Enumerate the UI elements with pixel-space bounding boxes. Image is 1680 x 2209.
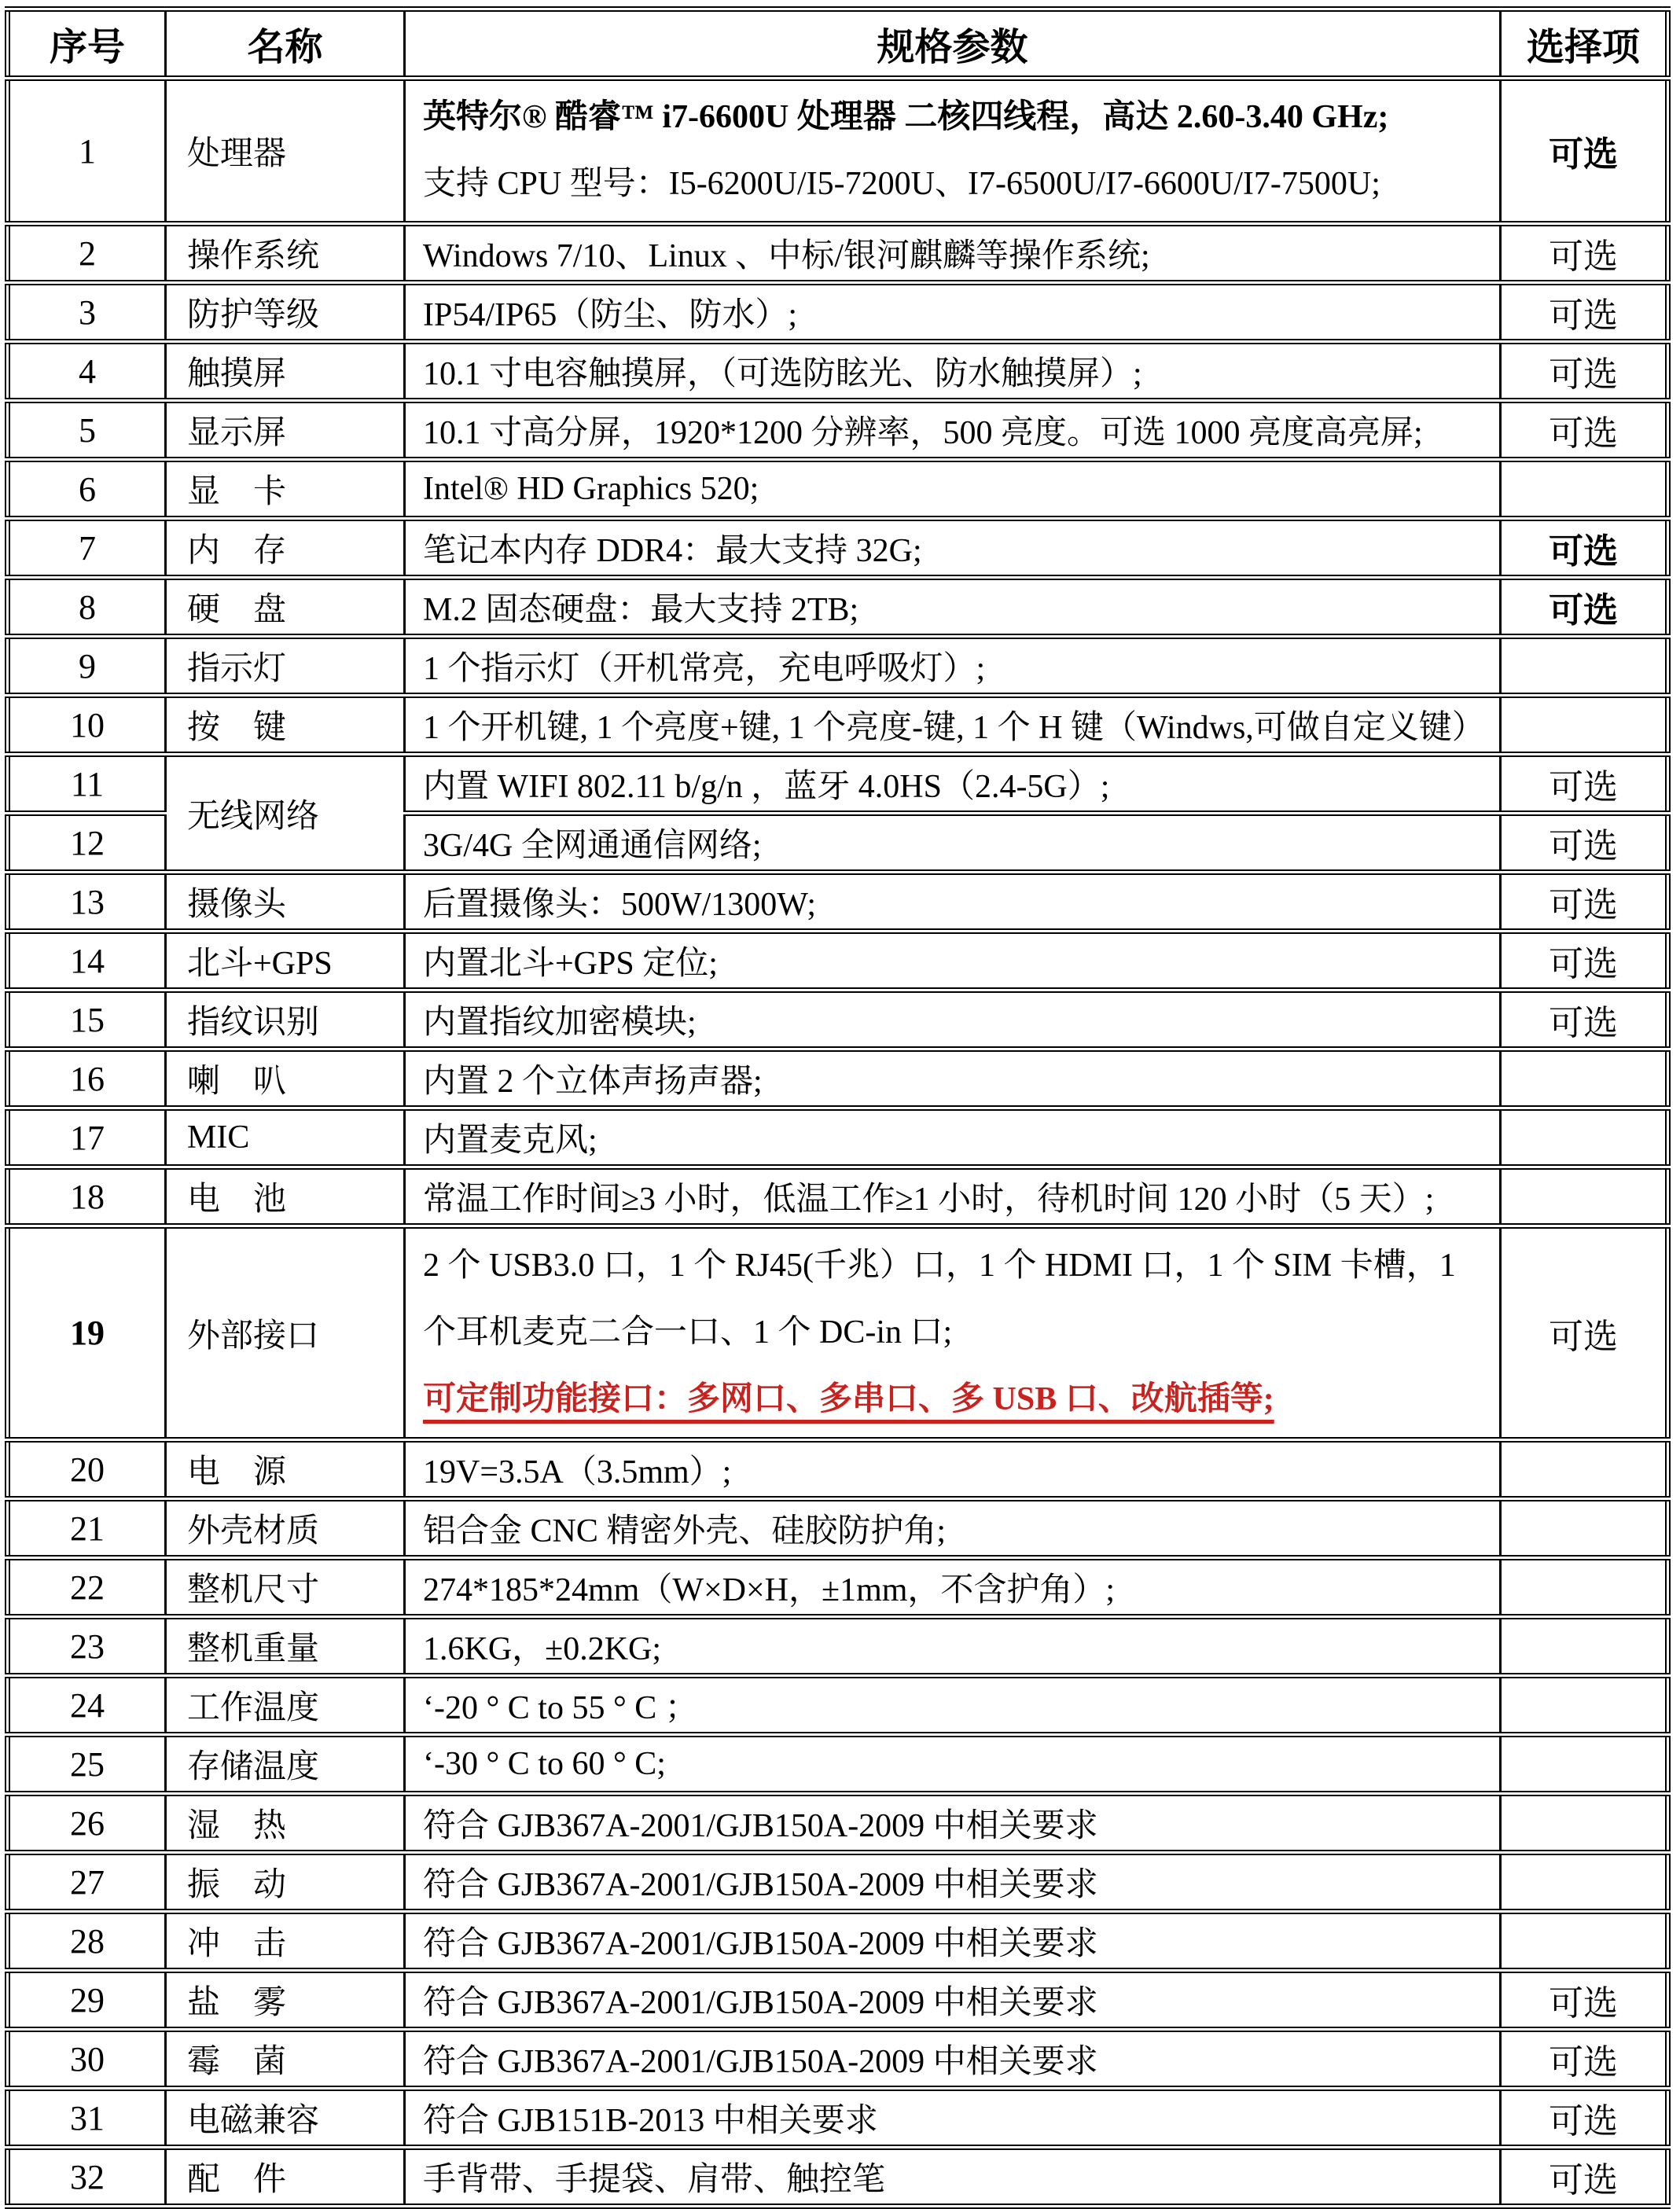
table-row: 2 操作系统 Windows 7/10、Linux 、中标/银河麒麟等操作系统;… xyxy=(8,224,1668,283)
row-spec: 后置摄像头：500W/1300W; xyxy=(405,873,1501,932)
row-name: 外壳材质 xyxy=(166,1499,405,1558)
spec-line: 支持 CPU 型号：I5-6200U/I5-7200U、I7-6500U/I7-… xyxy=(423,151,1491,218)
row-spec: 2 个 USB3.0 口，1 个 RJ45(千兆）口，1 个 HDMI 口，1 … xyxy=(405,1226,1501,1440)
row-option: 可选 xyxy=(1501,79,1668,224)
row-spec: Windows 7/10、Linux 、中标/银河麒麟等操作系统; xyxy=(405,224,1501,283)
row-option xyxy=(1501,1499,1668,1558)
row-spec: 1.6KG，±0.2KG; xyxy=(405,1617,1501,1676)
row-name: 操作系统 xyxy=(166,224,405,283)
table-row: 26 湿 热 符合 GJB367A-2001/GJB150A-2009 中相关要… xyxy=(8,1794,1668,1853)
spec-line: 符合 GJB151B-2013 中相关要求 xyxy=(423,2094,1491,2141)
row-spec: 符合 GJB151B-2013 中相关要求 xyxy=(405,2089,1501,2148)
row-spec: 手背带、手提袋、肩带、触控笔 xyxy=(405,2148,1501,2207)
row-number: 14 xyxy=(8,932,166,991)
table-row: 9 指示灯 1 个指示灯（开机常亮，充电呼吸灯）; xyxy=(8,637,1668,696)
table-row: 16 喇 叭 内置 2 个立体声扬声器; xyxy=(8,1049,1668,1108)
col-header-spec: 规格参数 xyxy=(405,9,1501,79)
row-spec: ‘-30 ° C to 60 ° C; xyxy=(405,1735,1501,1794)
row-number: 16 xyxy=(8,1049,166,1108)
row-option: 可选 xyxy=(1501,2030,1668,2089)
row-number: 4 xyxy=(8,342,166,401)
row-name: 电 源 xyxy=(166,1440,405,1499)
row-number: 15 xyxy=(8,991,166,1049)
spec-line: 符合 GJB367A-2001/GJB150A-2009 中相关要求 xyxy=(423,1976,1491,2023)
table-row: 29 盐 雾 符合 GJB367A-2001/GJB150A-2009 中相关要… xyxy=(8,1971,1668,2030)
row-name: MIC xyxy=(166,1108,405,1167)
header-row: 序号 名称 规格参数 选择项 xyxy=(8,9,1668,79)
row-name: 显 卡 xyxy=(166,460,405,519)
spec-line: 内置指纹加密模块; xyxy=(423,996,1491,1043)
row-name: 处理器 xyxy=(166,79,405,224)
row-number: 11 xyxy=(8,755,166,814)
row-spec: 符合 GJB367A-2001/GJB150A-2009 中相关要求 xyxy=(405,1853,1501,1912)
row-name: 振 动 xyxy=(166,1853,405,1912)
row-spec: 内置指纹加密模块; xyxy=(405,991,1501,1049)
row-number: 27 xyxy=(8,1853,166,1912)
spec-table: 序号 名称 规格参数 选择项 1 处理器 英特尔® 酷睿™ i7-6600U 处… xyxy=(5,6,1671,2209)
col-header-option: 选择项 xyxy=(1501,9,1668,79)
row-option: 可选 xyxy=(1501,519,1668,578)
row-option: 可选 xyxy=(1501,755,1668,814)
row-spec: 274*185*24mm（W×D×H，±1mm，不含护角）; xyxy=(405,1558,1501,1617)
table-row: 13 摄像头 后置摄像头：500W/1300W; 可选 xyxy=(8,873,1668,932)
row-option: 可选 xyxy=(1501,1226,1668,1440)
table-row: 5 显示屏 10.1 寸高分屏，1920*1200 分辨率，500 亮度。可选 … xyxy=(8,401,1668,460)
spec-line: 英特尔® 酷睿™ i7-6600U 处理器 二核四线程，高达 2.60-3.40… xyxy=(423,84,1491,151)
row-number: 1 xyxy=(8,79,166,224)
spec-line: Windows 7/10、Linux 、中标/银河麒麟等操作系统; xyxy=(423,230,1491,277)
spec-line: 符合 GJB367A-2001/GJB150A-2009 中相关要求 xyxy=(423,1917,1491,1965)
table-row: 15 指纹识别 内置指纹加密模块; 可选 xyxy=(8,991,1668,1049)
spec-line: 3G/4G 全网通通信网络; xyxy=(423,819,1491,866)
table-row: 3 防护等级 IP54/IP65（防尘、防水）; 可选 xyxy=(8,283,1668,342)
row-spec: 铝合金 CNC 精密外壳、硅胶防护角; xyxy=(405,1499,1501,1558)
row-option xyxy=(1501,1617,1668,1676)
row-spec: 3G/4G 全网通通信网络; xyxy=(405,814,1501,873)
row-number: 22 xyxy=(8,1558,166,1617)
row-name: 显示屏 xyxy=(166,401,405,460)
spec-line: 10.1 寸电容触摸屏，（可选防眩光、防水触摸屏）; xyxy=(423,347,1491,395)
row-number: 30 xyxy=(8,2030,166,2089)
row-number: 25 xyxy=(8,1735,166,1794)
row-option xyxy=(1501,1558,1668,1617)
table-row: 17 MIC 内置麦克风; xyxy=(8,1108,1668,1167)
row-spec: 1 个开机键, 1 个亮度+键, 1 个亮度-键, 1 个 H 键（Windws… xyxy=(405,696,1501,755)
row-number: 17 xyxy=(8,1108,166,1167)
row-spec: 10.1 寸高分屏，1920*1200 分辨率，500 亮度。可选 1000 亮… xyxy=(405,401,1501,460)
row-spec: 英特尔® 酷睿™ i7-6600U 处理器 二核四线程，高达 2.60-3.40… xyxy=(405,79,1501,224)
row-option xyxy=(1501,1167,1668,1226)
spec-line: 内置 2 个立体声扬声器; xyxy=(423,1055,1491,1102)
table-row: 1 处理器 英特尔® 酷睿™ i7-6600U 处理器 二核四线程，高达 2.6… xyxy=(8,79,1668,224)
row-name: 触摸屏 xyxy=(166,342,405,401)
row-option xyxy=(1501,696,1668,755)
table-row: 14 北斗+GPS 内置北斗+GPS 定位; 可选 xyxy=(8,932,1668,991)
table-row: 31 电磁兼容 符合 GJB151B-2013 中相关要求 可选 xyxy=(8,2089,1668,2148)
row-option xyxy=(1501,1049,1668,1108)
spec-line: ‘-30 ° C to 60 ° C; xyxy=(423,1745,1491,1783)
spec-line: 后置摄像头：500W/1300W; xyxy=(423,878,1491,925)
row-name: 指示灯 xyxy=(166,637,405,696)
table-row: 23 整机重量 1.6KG，±0.2KG; xyxy=(8,1617,1668,1676)
row-name: 指纹识别 xyxy=(166,991,405,1049)
spec-line: 铝合金 CNC 精密外壳、硅胶防护角; xyxy=(423,1505,1491,1552)
row-number: 8 xyxy=(8,578,166,637)
spec-line: 2 个 USB3.0 口，1 个 RJ45(千兆）口，1 个 HDMI 口，1 … xyxy=(423,1233,1491,1366)
row-number: 31 xyxy=(8,2089,166,2148)
row-option: 可选 xyxy=(1501,578,1668,637)
spec-line: 19V=3.5A（3.5mm）; xyxy=(423,1446,1491,1493)
row-number: 29 xyxy=(8,1971,166,2030)
table-row: 19 外部接口 2 个 USB3.0 口，1 个 RJ45(千兆）口，1 个 H… xyxy=(8,1226,1668,1440)
row-spec: Intel® HD Graphics 520; xyxy=(405,460,1501,519)
row-number: 24 xyxy=(8,1676,166,1735)
table-row: 18 电 池 常温工作时间≥3 小时，低温工作≥1 小时，待机时间 120 小时… xyxy=(8,1167,1668,1226)
row-option xyxy=(1501,1853,1668,1912)
row-name: 工作温度 xyxy=(166,1676,405,1735)
spec-line: 274*185*24mm（W×D×H，±1mm，不含护角）; xyxy=(423,1564,1491,1611)
col-header-name: 名称 xyxy=(166,9,405,79)
row-option xyxy=(1501,460,1668,519)
row-number: 5 xyxy=(8,401,166,460)
row-number: 2 xyxy=(8,224,166,283)
table-row: 32 配 件 手背带、手提袋、肩带、触控笔 可选 xyxy=(8,2148,1668,2207)
row-number: 12 xyxy=(8,814,166,873)
spec-line: M.2 固态硬盘：最大支持 2TB; xyxy=(423,583,1491,630)
row-name: 北斗+GPS xyxy=(166,932,405,991)
spec-line: ‘-20 ° C to 55 ° C ； xyxy=(423,1682,1491,1729)
row-option: 可选 xyxy=(1501,2089,1668,2148)
table-row: 21 外壳材质 铝合金 CNC 精密外壳、硅胶防护角; xyxy=(8,1499,1668,1558)
row-number: 13 xyxy=(8,873,166,932)
row-name: 电 池 xyxy=(166,1167,405,1226)
row-spec: 19V=3.5A（3.5mm）; xyxy=(405,1440,1501,1499)
spec-line: 符合 GJB367A-2001/GJB150A-2009 中相关要求 xyxy=(423,1799,1491,1847)
spec-line: 内置北斗+GPS 定位; xyxy=(423,937,1491,984)
table-row: 30 霉 菌 符合 GJB367A-2001/GJB150A-2009 中相关要… xyxy=(8,2030,1668,2089)
table-row: 28 冲 击 符合 GJB367A-2001/GJB150A-2009 中相关要… xyxy=(8,1912,1668,1971)
row-option: 可选 xyxy=(1501,932,1668,991)
row-spec: ‘-20 ° C to 55 ° C ； xyxy=(405,1676,1501,1735)
document-page: 序号 名称 规格参数 选择项 1 处理器 英特尔® 酷睿™ i7-6600U 处… xyxy=(5,6,1665,2209)
row-option: 可选 xyxy=(1501,2148,1668,2207)
table-row: 7 内 存 笔记本内存 DDR4：最大支持 32G; 可选 xyxy=(8,519,1668,578)
row-name: 霉 菌 xyxy=(166,2030,405,2089)
spec-line: 常温工作时间≥3 小时，低温工作≥1 小时，待机时间 120 小时（5 天）; xyxy=(423,1173,1491,1220)
row-name: 摄像头 xyxy=(166,873,405,932)
table-row: 4 触摸屏 10.1 寸电容触摸屏，（可选防眩光、防水触摸屏）; 可选 xyxy=(8,342,1668,401)
spec-line: 符合 GJB367A-2001/GJB150A-2009 中相关要求 xyxy=(423,1858,1491,1906)
row-name: 配 件 xyxy=(166,2148,405,2207)
row-option xyxy=(1501,1735,1668,1794)
spec-line: 内置 WIFI 802.11 b/g/n ，蓝牙 4.0HS（2.4-5G）; xyxy=(423,760,1491,807)
row-option: 可选 xyxy=(1501,224,1668,283)
spec-line: 内置麦克风; xyxy=(423,1114,1491,1161)
row-option: 可选 xyxy=(1501,991,1668,1049)
spec-line-custom-red: 可定制功能接口：多网口、多串口、多 USB 口、改航插等; xyxy=(423,1366,1491,1433)
table-row: 22 整机尺寸 274*185*24mm（W×D×H，±1mm，不含护角）; xyxy=(8,1558,1668,1617)
row-spec: 1 个指示灯（开机常亮，充电呼吸灯）; xyxy=(405,637,1501,696)
spec-line: 符合 GJB367A-2001/GJB150A-2009 中相关要求 xyxy=(423,2035,1491,2082)
row-spec: 符合 GJB367A-2001/GJB150A-2009 中相关要求 xyxy=(405,1971,1501,2030)
spec-line: IP54/IP65（防尘、防水）; xyxy=(423,289,1491,336)
row-spec: 10.1 寸电容触摸屏，（可选防眩光、防水触摸屏）; xyxy=(405,342,1501,401)
row-number: 9 xyxy=(8,637,166,696)
row-number: 28 xyxy=(8,1912,166,1971)
row-option xyxy=(1501,1440,1668,1499)
col-header-no: 序号 xyxy=(8,9,166,79)
row-number: 32 xyxy=(8,2148,166,2207)
row-option: 可选 xyxy=(1501,814,1668,873)
row-option: 可选 xyxy=(1501,1971,1668,2030)
row-spec: 符合 GJB367A-2001/GJB150A-2009 中相关要求 xyxy=(405,2030,1501,2089)
row-option xyxy=(1501,1108,1668,1167)
row-number: 20 xyxy=(8,1440,166,1499)
table-row: 20 电 源 19V=3.5A（3.5mm）; xyxy=(8,1440,1668,1499)
row-number: 26 xyxy=(8,1794,166,1853)
row-name: 外部接口 xyxy=(166,1226,405,1440)
row-number: 7 xyxy=(8,519,166,578)
row-name: 湿 热 xyxy=(166,1794,405,1853)
row-name-merged: 无线网络 xyxy=(166,755,405,873)
row-number: 21 xyxy=(8,1499,166,1558)
row-spec: M.2 固态硬盘：最大支持 2TB; xyxy=(405,578,1501,637)
row-name: 存储温度 xyxy=(166,1735,405,1794)
row-name: 盐 雾 xyxy=(166,1971,405,2030)
row-spec: 笔记本内存 DDR4：最大支持 32G; xyxy=(405,519,1501,578)
row-spec: 内置麦克风; xyxy=(405,1108,1501,1167)
row-name: 冲 击 xyxy=(166,1912,405,1971)
spec-line: 1.6KG，±0.2KG; xyxy=(423,1623,1491,1670)
table-row: 8 硬 盘 M.2 固态硬盘：最大支持 2TB; 可选 xyxy=(8,578,1668,637)
table-row: 11 无线网络 内置 WIFI 802.11 b/g/n ，蓝牙 4.0HS（2… xyxy=(8,755,1668,814)
row-option xyxy=(1501,1794,1668,1853)
spec-line: 1 个开机键, 1 个亮度+键, 1 个亮度-键, 1 个 H 键（Windws… xyxy=(423,701,1491,748)
row-option: 可选 xyxy=(1501,342,1668,401)
row-number: 3 xyxy=(8,283,166,342)
spec-line: 手背带、手提袋、肩带、触控笔 xyxy=(423,2153,1491,2200)
row-name: 整机尺寸 xyxy=(166,1558,405,1617)
row-number: 10 xyxy=(8,696,166,755)
row-name: 电磁兼容 xyxy=(166,2089,405,2148)
table-row: 24 工作温度 ‘-20 ° C to 55 ° C ； xyxy=(8,1676,1668,1735)
row-name: 整机重量 xyxy=(166,1617,405,1676)
row-spec: 内置 WIFI 802.11 b/g/n ，蓝牙 4.0HS（2.4-5G）; xyxy=(405,755,1501,814)
row-option xyxy=(1501,637,1668,696)
row-name: 按 键 xyxy=(166,696,405,755)
row-option: 可选 xyxy=(1501,401,1668,460)
row-number: 6 xyxy=(8,460,166,519)
spec-line: Intel® HD Graphics 520; xyxy=(423,470,1491,508)
row-name: 喇 叭 xyxy=(166,1049,405,1108)
table-row: 10 按 键 1 个开机键, 1 个亮度+键, 1 个亮度-键, 1 个 H 键… xyxy=(8,696,1668,755)
table-row: 27 振 动 符合 GJB367A-2001/GJB150A-2009 中相关要… xyxy=(8,1853,1668,1912)
row-spec: 符合 GJB367A-2001/GJB150A-2009 中相关要求 xyxy=(405,1794,1501,1853)
row-spec: 内置北斗+GPS 定位; xyxy=(405,932,1501,991)
spec-line: 1 个指示灯（开机常亮，充电呼吸灯）; xyxy=(423,642,1491,689)
row-spec: 常温工作时间≥3 小时，低温工作≥1 小时，待机时间 120 小时（5 天）; xyxy=(405,1167,1501,1226)
row-option: 可选 xyxy=(1501,283,1668,342)
row-name: 硬 盘 xyxy=(166,578,405,637)
row-option xyxy=(1501,1676,1668,1735)
table-row: 6 显 卡 Intel® HD Graphics 520; xyxy=(8,460,1668,519)
row-name: 防护等级 xyxy=(166,283,405,342)
row-spec: 内置 2 个立体声扬声器; xyxy=(405,1049,1501,1108)
row-number: 19 xyxy=(8,1226,166,1440)
row-number: 23 xyxy=(8,1617,166,1676)
spec-line: 笔记本内存 DDR4：最大支持 32G; xyxy=(423,524,1491,572)
spec-line: 10.1 寸高分屏，1920*1200 分辨率，500 亮度。可选 1000 亮… xyxy=(423,406,1491,454)
row-spec: 符合 GJB367A-2001/GJB150A-2009 中相关要求 xyxy=(405,1912,1501,1971)
row-option: 可选 xyxy=(1501,873,1668,932)
table-row: 25 存储温度 ‘-30 ° C to 60 ° C; xyxy=(8,1735,1668,1794)
row-number: 18 xyxy=(8,1167,166,1226)
row-option xyxy=(1501,1912,1668,1971)
row-spec: IP54/IP65（防尘、防水）; xyxy=(405,283,1501,342)
row-name: 内 存 xyxy=(166,519,405,578)
